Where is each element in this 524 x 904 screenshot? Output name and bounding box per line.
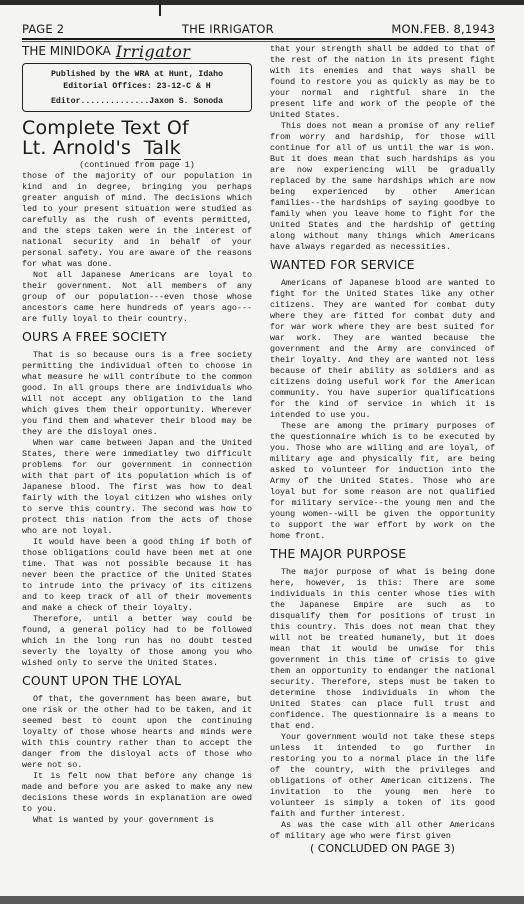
scan-bottom-border xyxy=(0,896,524,904)
publisher-line: Published by the WRA at Hunt, Idaho xyxy=(29,69,245,81)
paragraph: The major purpose of what is being done … xyxy=(270,567,495,732)
section-heading: THE MAJOR PURPOSE xyxy=(270,546,495,562)
paragraph: It is felt now that before any change is… xyxy=(22,771,252,815)
offices-line: Editorial Offices: 23-12-C & H xyxy=(29,81,245,93)
paragraph: This does not mean a promise of any reli… xyxy=(270,121,495,253)
title-name: Lt. Arnold's xyxy=(22,137,131,159)
left-column: THE MINIDOKA Irrigator Published by the … xyxy=(22,44,252,826)
paragraph: That is so because ours is a free societ… xyxy=(22,350,252,438)
paragraph: that your strength shall be added to tha… xyxy=(270,44,495,121)
section-heading: COUNT UPON THE LOYAL xyxy=(22,673,252,689)
editor-line: Editor..............Jaxon S. Sonoda xyxy=(29,96,245,108)
paragraph: When war came between Japan and the Unit… xyxy=(22,438,252,537)
issue-date: MON.FEB. 8,1943 xyxy=(391,22,495,36)
paragraph: those of the majority of our population … xyxy=(22,171,252,270)
masthead: THE MINIDOKA Irrigator xyxy=(22,46,252,57)
title-line-1: Complete Text Of xyxy=(22,118,252,138)
page-header: PAGE 2 THE IRRIGATOR MON.FEB. 8,1943 xyxy=(22,22,495,36)
masthead-prefix: THE MINIDOKA xyxy=(22,46,111,57)
paragraph: Your government would not take these ste… xyxy=(270,732,495,820)
scan-top-border xyxy=(0,0,524,5)
paragraph: Therefore, until a better way could be f… xyxy=(22,614,252,669)
article-title: Complete Text Of Lt. Arnold's Talk xyxy=(22,118,252,158)
header-rule-thin xyxy=(22,41,495,42)
section-heading: OURS A FREE SOCIETY xyxy=(22,329,252,345)
title-talk: Talk xyxy=(144,137,181,160)
paragraph: As was the case with all other Americans… xyxy=(270,820,495,842)
section-heading: WANTED FOR SERVICE xyxy=(270,257,495,273)
paragraph: Americans of Japanese blood are wanted t… xyxy=(270,278,495,421)
page-number: PAGE 2 xyxy=(22,22,64,36)
paper-name: THE IRRIGATOR xyxy=(182,22,274,36)
concluded-note: ( CONCLUDED ON PAGE 3) xyxy=(270,843,495,854)
right-column: that your strength shall be added to tha… xyxy=(270,44,495,854)
publication-info-box: Published by the WRA at Hunt, Idaho Edit… xyxy=(22,63,252,112)
paragraph: What is wanted by your government is xyxy=(22,815,252,826)
paragraph: These are among the primary purposes of … xyxy=(270,421,495,542)
title-line-2: Lt. Arnold's Talk xyxy=(22,138,252,158)
continued-note: (continued from page 1) xyxy=(22,160,252,171)
header-rule xyxy=(22,38,495,40)
fold-mark xyxy=(159,4,161,16)
paragraph: It would have been a good thing if both … xyxy=(22,537,252,614)
paragraph: Of that, the government has been aware, … xyxy=(22,694,252,771)
paragraph: Not all Japanese Americans are loyal to … xyxy=(22,270,252,325)
masthead-script-title: Irrigator xyxy=(116,46,191,57)
